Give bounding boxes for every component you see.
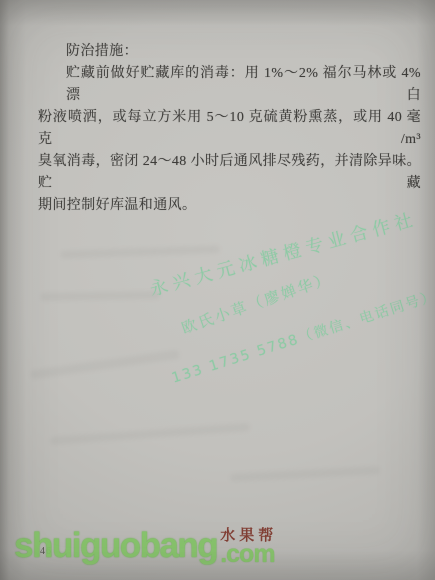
body-text: 防治措施： 贮藏前做好贮藏库的消毒：用 1%～2% 福尔马林或 4% 漂白 粉液… [38,41,421,217]
section-heading: 防治措施： [38,41,421,63]
paragraph-line: 贮藏前做好贮藏库的消毒：用 1%～2% 福尔马林或 4% 漂白 [38,63,421,107]
page-bleed-smudge [40,291,160,301]
paragraph-line: 粉液喷洒，或每立方米用 5～10 克硫黄粉熏蒸，或用 40 毫克/m³ [38,107,421,151]
page-bleed-smudge [230,466,380,482]
paragraph-line: 臭氧消毒，密闭 24～48 小时后通风排尽残药，并清除异味。贮藏 [38,151,421,195]
page-bleed-smudge [60,245,220,259]
paragraph-line: 期间控制好库温和通风。 [38,195,421,217]
site-watermark: shuiguobang 水果帮 .com [14,526,277,566]
site-watermark-latin: shuiguobang [14,526,217,566]
page-bleed-smudge [30,350,180,380]
site-watermark-right-column: 水果帮 .com [220,526,277,566]
site-watermark-tld: .com [220,542,277,566]
book-page-photo: 防治措施： 贮藏前做好贮藏库的消毒：用 1%～2% 福尔马林或 4% 漂白 粉液… [0,0,435,580]
seller-watermark-phone: 133 1735 5788（微信、电话同号） [169,285,435,387]
page-bleed-smudge [50,423,250,445]
